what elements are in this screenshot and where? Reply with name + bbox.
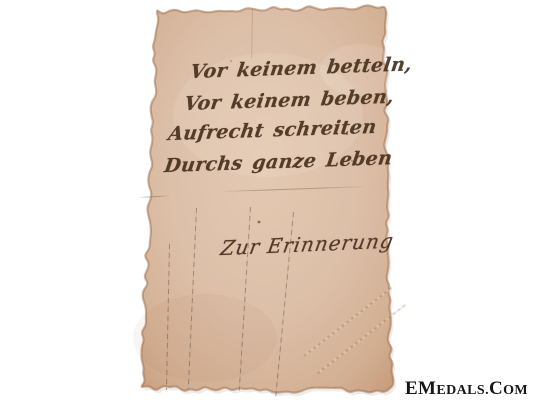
watermark-text-segment: EM [405, 378, 436, 399]
ink-speck [258, 221, 261, 224]
watermark-text-segment: EDALS [436, 383, 485, 398]
emedals-watermark: EMEDALS.COM [405, 379, 528, 398]
watermark-text-segment: C [489, 378, 503, 399]
paper-dark-patch [133, 294, 277, 382]
watermark-text-segment: OM [503, 383, 528, 398]
product-photo-canvas: Vor keinem betteln, Vor keinem beben, Au… [0, 0, 533, 400]
